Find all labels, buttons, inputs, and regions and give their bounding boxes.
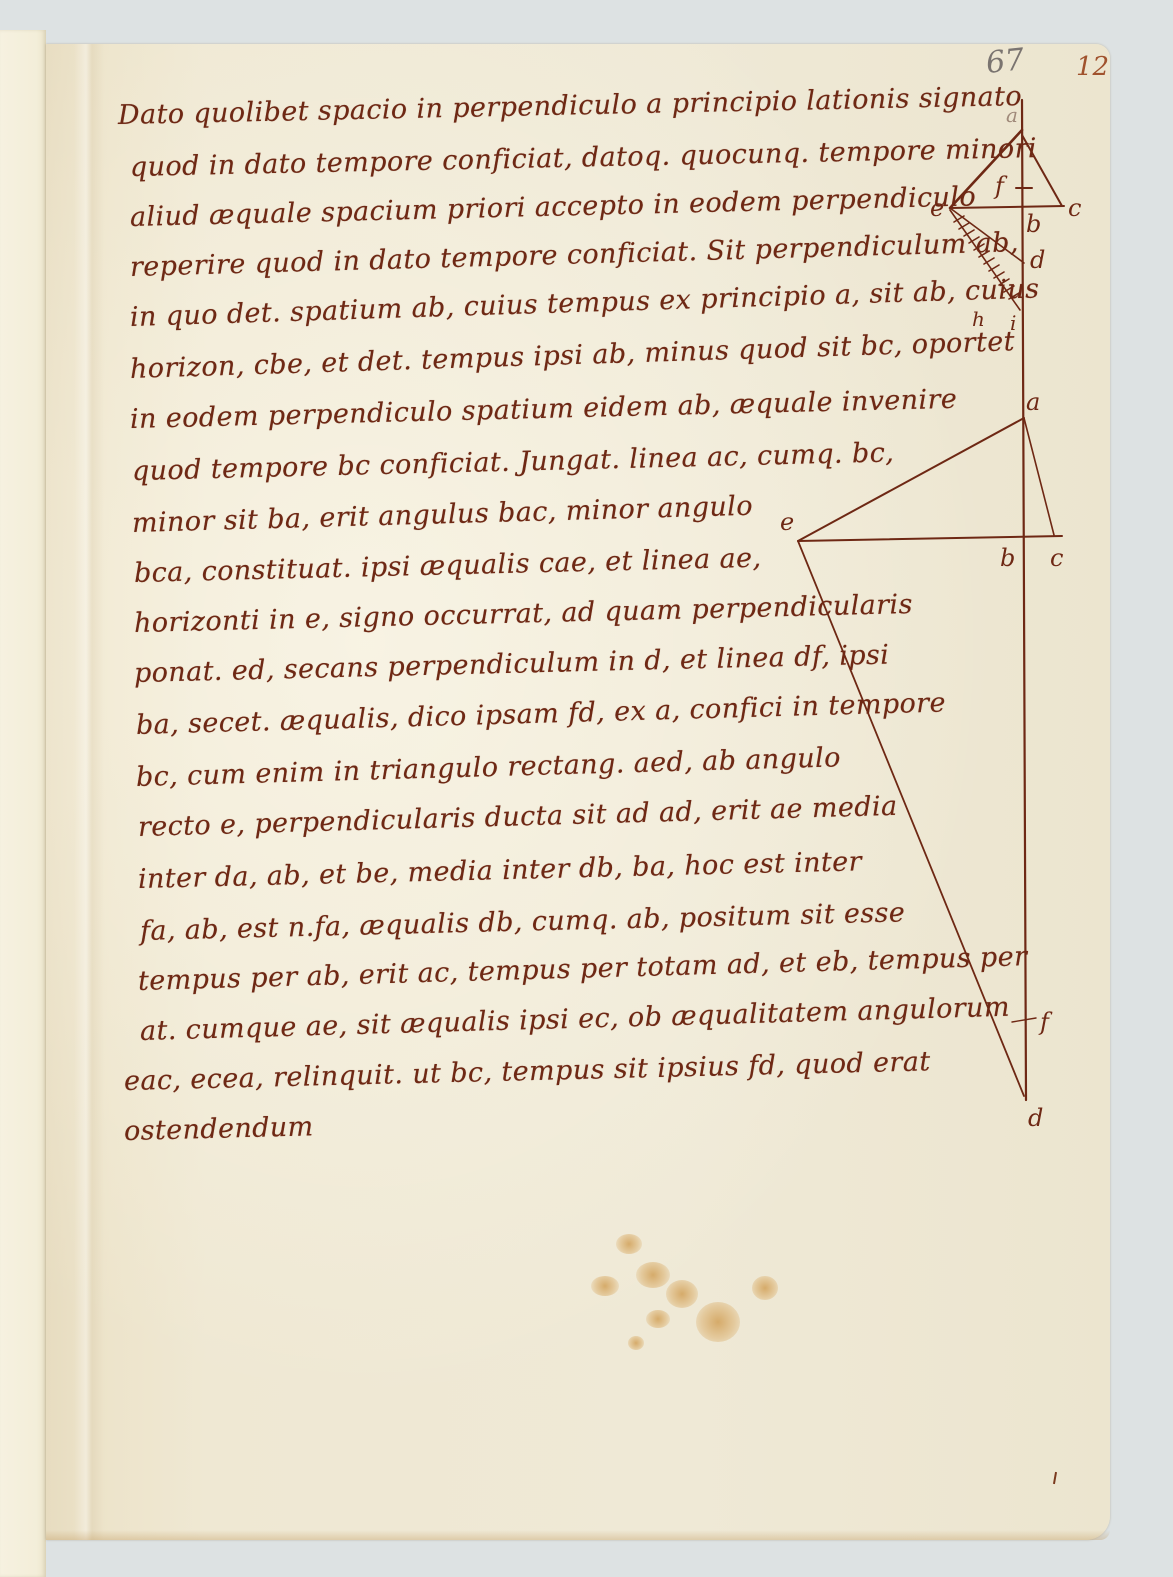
foxing-stain	[666, 1280, 698, 1308]
foxing-stain	[752, 1276, 778, 1300]
foxing-stain	[628, 1336, 644, 1350]
manuscript-scan: 67 12 Dato quolibet spacio in perpendicu…	[0, 0, 1173, 1577]
text-line: ostendendum	[124, 1111, 314, 1147]
foxing-stain	[696, 1302, 740, 1342]
foxing-stain	[636, 1262, 670, 1288]
foxing-stain	[646, 1310, 670, 1328]
folio-number-pencil: 67	[984, 42, 1026, 81]
facing-page-edge	[0, 30, 46, 1577]
folio-number-ink: 12	[1076, 52, 1109, 82]
foxing-stain	[591, 1276, 619, 1296]
foxing-stain	[616, 1234, 642, 1254]
